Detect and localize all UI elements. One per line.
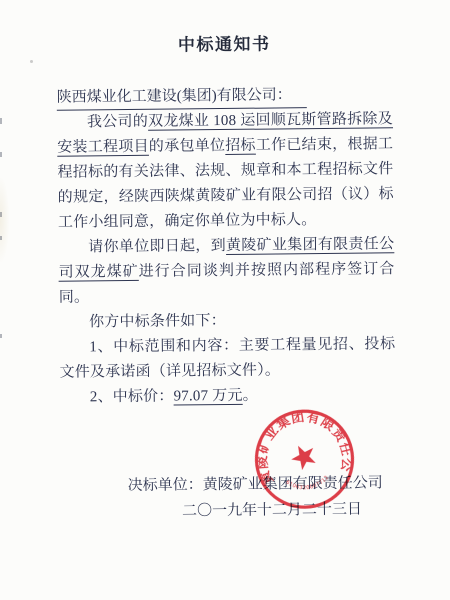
scan-artifact: [0, 152, 2, 157]
scan-speck: [30, 60, 33, 63]
text-run: 你方中标条件如下：: [89, 313, 226, 330]
signature-label: 决标单位：: [128, 477, 203, 494]
text-run: 我公司的: [87, 114, 148, 131]
paragraph: 1、中标范围和内容：主要工程量见招、投标文件及承诺函（详见招标文件）。: [59, 332, 396, 386]
scan-artifact: [0, 118, 2, 124]
paragraph: 我公司的双龙煤业 108 运回顺瓦斯管路拆除及安装工程项目的承包单位招标工作已结…: [57, 107, 394, 236]
text-run: 。: [243, 388, 258, 404]
underlined-text: 97.07 万元: [173, 388, 242, 405]
text-run: 2、中标价：: [90, 389, 174, 406]
scan-artifact: [0, 212, 2, 217]
signature-company: 黄陵矿业集团有限责任公司: [203, 475, 383, 493]
scan-artifact: [0, 236, 2, 240]
addressee-text: 陕西煤业化工建设(集团)有限公司：: [57, 84, 307, 111]
addressee: 陕西煤业化工建设(集团)有限公司：: [57, 82, 393, 111]
signature-block: 决标单位：黄陵矿业集团有限责任公司 二〇一九年十二月二十三日: [61, 471, 398, 526]
signature-date: 二〇一九年十二月二十三日: [61, 498, 362, 526]
paragraph: 你方中标条件如下：: [59, 307, 395, 336]
document-body: 我公司的双龙煤业 108 运回顺瓦斯管路拆除及安装工程项目的承包单位招标工作已结…: [57, 107, 396, 411]
text-run: 请你单位即日起，到: [88, 238, 226, 255]
seal-star-icon: [287, 440, 320, 472]
document-content: 中标通知书 陕西煤业化工建设(集团)有限公司： 我公司的双龙煤业 108 运回顺…: [56, 28, 397, 525]
text-run: 的承包单位: [149, 138, 226, 155]
scan-smudge: [0, 178, 9, 262]
scanned-document-page: 中标通知书 陕西煤业化工建设(集团)有限公司： 我公司的双龙煤业 108 运回顺…: [0, 0, 450, 600]
underlined-text: 招标: [225, 138, 256, 154]
text-run: 1、中标范围和内容：主要工程量见招、投标文件及承诺函（详见招标文件）。: [59, 336, 395, 381]
document-title: 中标通知书: [56, 28, 392, 57]
paragraph: 请你单位即日起，到黄陵矿业集团有限责任公司双龙煤矿进行合同谈判并按照内部程序签订…: [58, 232, 395, 311]
paragraph: 2、中标价：97.07 万元。: [60, 382, 396, 411]
scan-artifact: [0, 334, 2, 338]
